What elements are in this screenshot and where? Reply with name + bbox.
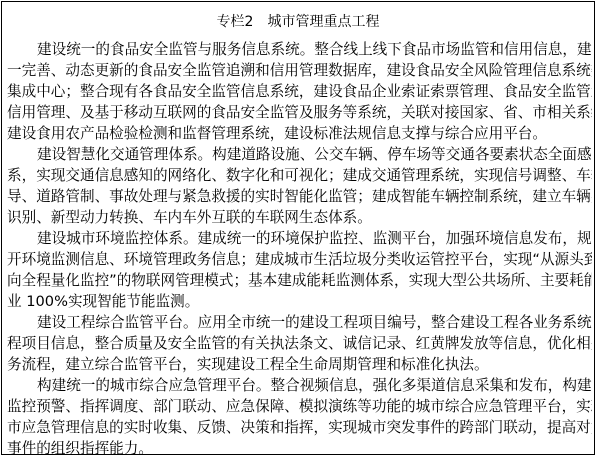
paragraph-line: 向全程量化监控”的物联网管理模式；基本建成能耗监测体系，实现大型公共场所、主要耗… (7, 270, 592, 291)
paragraph-line: 监控预警、指挥调度、部门联动、应急保障、模拟演练等功能的城市综合应急管理平台，实… (7, 396, 592, 417)
paragraph-line: 一完善、动态更新的食品安全监管追溯和信用管理数据库，建设食品安全风险管理信息系统… (7, 60, 592, 81)
box-title-text: 城市管理重点工程 (267, 14, 379, 30)
paragraph-emergency: 构建统一的城市综合应急管理平台。整合视频信息，强化多渠道信息采集和发布，构建具有… (7, 375, 592, 459)
paragraph-line: 导、道路管制、事故处理与紧急救援的实时智能化监管；建成智能车辆控制系统，建立车辆… (7, 186, 592, 207)
paragraph-line: 建设城市环境监控体系。建成统一的环境保护监控、监测平台，加强环境信息发布，规范公 (7, 228, 592, 249)
paragraph-line: 构建统一的城市综合应急管理平台。整合视频信息，强化多渠道信息采集和发布，构建具有 (7, 375, 592, 396)
paragraph-line: 开环境监测信息、环境管理政务信息；建成城市生活垃圾分类收运管控平台，实现“从源头… (7, 249, 592, 270)
paragraph-line: 系，实现交通信息感知的网络化、数字化和可视化；建成交通管理系统，实现信号调整、车… (7, 165, 592, 186)
paragraph-traffic: 建设智慧化交通管理体系。构建道路设施、公交车辆、停车场等交通各要素状态全面感知体… (7, 144, 592, 228)
paragraph-line: 市应急管理信息的实时收集、反馈、决策和指挥，实现城市突发事件的跨部门联动，提高对… (7, 417, 592, 438)
paragraph-line: 程项目信息，整合质量及安全监管的有关执法条文、诚信记录、红黄牌发放等信息，优化相… (7, 333, 592, 354)
paragraph-line: 建设统一的食品安全监管与服务信息系统。整合线上线下食品市场监管和信用信息，建立统 (7, 39, 592, 60)
paragraph-line: 建设工程综合监管平台。应用全市统一的建设工程项目编号，整合建设工程各业务系统中工 (7, 312, 592, 333)
box-title: 专栏2城市管理重点工程 (2, 13, 594, 31)
paragraph-construction: 建设工程综合监管平台。应用全市统一的建设工程项目编号，整合建设工程各业务系统中工… (7, 312, 592, 375)
paragraph-line: 业 100%实现智能节能监测。 (7, 291, 592, 312)
paragraph-line: 建设智慧化交通管理体系。构建道路设施、公交车辆、停车场等交通各要素状态全面感知体 (7, 144, 592, 165)
paragraph-line: 建设食用农产品检验检测和监督管理系统，建设标准法规信息支撑与综合应用平台。 (7, 123, 592, 144)
paragraph-line: 务流程，建立综合监管平台，实现建设工程全生命周期管理和标准化执法。 (7, 354, 592, 375)
paragraph-line: 识别、新型动力转换、车内车外互联的车联网生态体系。 (7, 207, 592, 228)
feature-box: 专栏2城市管理重点工程 建设统一的食品安全监管与服务信息系统。整合线上线下食品市… (1, 1, 595, 455)
paragraph-line: 信用管理、及基于移动互联网的食品安全监管及服务等系统，关联对接国家、省、市相关系… (7, 102, 592, 123)
paragraph-line: 集成中心；整合现有各食品安全监管信息系统，建设食品企业索证索票管理、食品安全监管… (7, 81, 592, 102)
paragraph-environment: 建设城市环境监控体系。建成统一的环境保护监控、监测平台，加强环境信息发布，规范公… (7, 228, 592, 312)
box-body: 建设统一的食品安全监管与服务信息系统。整合线上线下食品市场监管和信用信息，建立统… (7, 39, 592, 459)
paragraph-line: 事件的组织指挥能力。 (7, 438, 592, 459)
box-title-label: 专栏2 (217, 14, 254, 30)
paragraph-food-safety: 建设统一的食品安全监管与服务信息系统。整合线上线下食品市场监管和信用信息，建立统… (7, 39, 592, 144)
